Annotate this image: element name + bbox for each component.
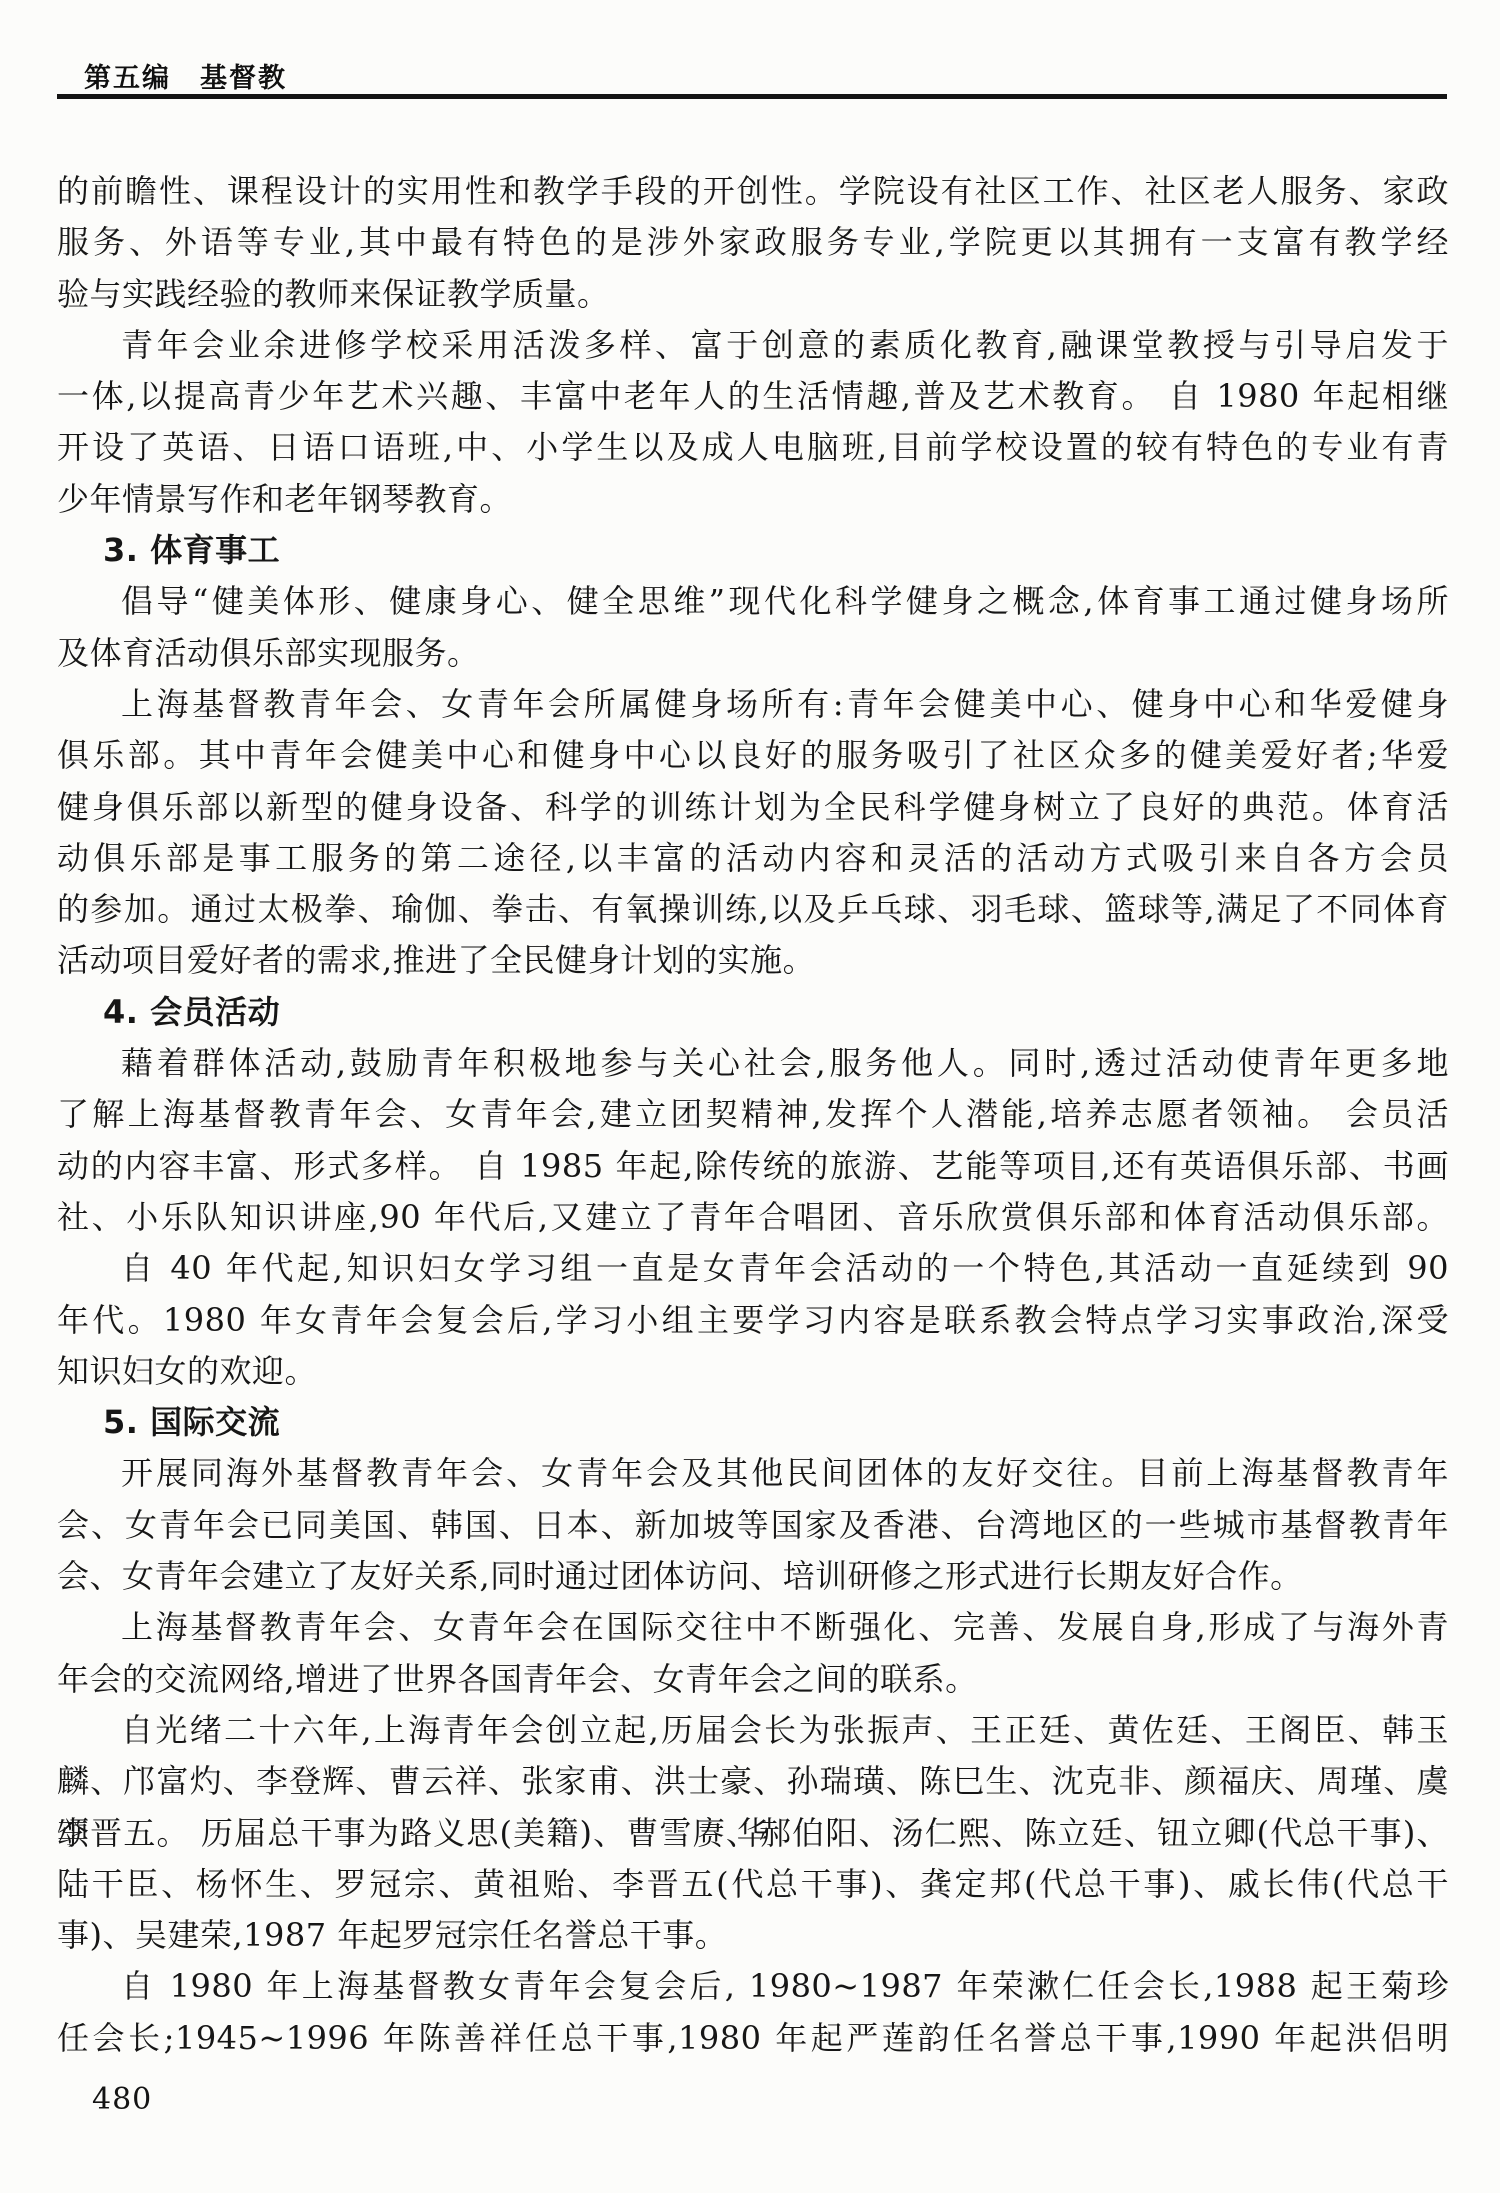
text-line: 活动项目爱好者的需求,推进了全民健身计划的实施。 <box>57 935 1449 986</box>
page-number: 480 <box>92 2082 152 2117</box>
header-rule <box>57 94 1447 99</box>
text-line: 藉着群体活动,鼓励青年积极地参与关心社会,服务他人。同时,透过活动使青年更多地 <box>57 1038 1449 1089</box>
scanned-document-page: 第五编 基督教 的前瞻性、课程设计的实用性和教学手段的开创性。学院设有社区工作、… <box>0 0 1500 2193</box>
text-line: 的前瞻性、课程设计的实用性和教学手段的开创性。学院设有社区工作、社区老人服务、家… <box>57 166 1449 217</box>
running-header: 第五编 基督教 <box>84 56 287 95</box>
text-line: 自光绪二十六年,上海青年会创立起,历届会长为张振声、王正廷、黄佐廷、王阁臣、韩玉 <box>57 1705 1449 1756</box>
text-line: 俱乐部。其中青年会健美中心和健身中心以良好的服务吸引了社区众多的健美爱好者;华爱 <box>57 730 1449 781</box>
text-line: 自 40 年代起,知识妇女学习组一直是女青年会活动的一个特色,其活动一直延续到 … <box>57 1243 1449 1294</box>
text-line: 动的内容丰富、形式多样。 自 1985 年起,除传统的旅游、艺能等项目,还有英语… <box>57 1141 1449 1192</box>
text-line: 会、女青年会建立了友好关系,同时通过团体访问、培训研修之形式进行长期友好合作。 <box>57 1551 1449 1602</box>
text-line: 青年会业余进修学校采用活泼多样、富于创意的素质化教育,融课堂教授与引导启发于 <box>57 320 1449 371</box>
text-line: 上海基督教青年会、女青年会所属健身场所有:青年会健美中心、健身中心和华爱健身 <box>57 679 1449 730</box>
text-line: 陆干臣、杨怀生、罗冠宗、黄祖贻、李晋五(代总干事)、龚定邦(代总干事)、戚长伟(… <box>57 1859 1449 1910</box>
text-line: 少年情景写作和老年钢琴教育。 <box>57 474 1449 525</box>
text-line: 倡导“健美体形、健康身心、健全思维”现代化科学健身之概念,体育事工通过健身场所 <box>57 576 1449 627</box>
text-line: 服务、外语等专业,其中最有特色的是涉外家政服务专业,学院更以其拥有一支富有教学经 <box>57 217 1449 268</box>
section-heading: 3. 体育事工 <box>57 525 1449 576</box>
text-line: 社、小乐队知识讲座,90 年代后,又建立了青年合唱团、音乐欣赏俱乐部和体育活动俱… <box>57 1192 1449 1243</box>
text-line: 自 1980 年上海基督教女青年会复会后, 1980~1987 年荣漱仁任会长,… <box>57 1961 1449 2012</box>
text-line: 开展同海外基督教青年会、女青年会及其他民间团体的友好交往。目前上海基督教青年 <box>57 1448 1449 1499</box>
text-line: 及体育活动俱乐部实现服务。 <box>57 628 1449 679</box>
text-line: 麟、邝富灼、李登辉、曹云祥、张家甫、洪士豪、孙瑞璜、陈巳生、沈克非、颜福庆、周瑾… <box>57 1756 1449 1807</box>
text-line: 知识妇女的欢迎。 <box>57 1346 1449 1397</box>
text-line: 会、女青年会已同美国、韩国、日本、新加坡等国家及香港、台湾地区的一些城市基督教青… <box>57 1500 1449 1551</box>
text-line: 李晋五。 历届总干事为路义思(美籍)、曹雪赓、郝伯阳、汤仁熙、陈立廷、钮立卿(代… <box>57 1808 1449 1859</box>
text-line: 健身俱乐部以新型的健身设备、科学的训练计划为全民科学健身树立了良好的典范。体育活 <box>57 782 1449 833</box>
text-line: 动俱乐部是事工服务的第二途径,以丰富的活动内容和灵活的活动方式吸引来自各方会员 <box>57 833 1449 884</box>
text-line: 开设了英语、日语口语班,中、小学生以及成人电脑班,目前学校设置的较有特色的专业有… <box>57 422 1449 473</box>
text-line: 年代。1980 年女青年会复会后,学习小组主要学习内容是联系教会特点学习实事政治… <box>57 1295 1449 1346</box>
body-text: 的前瞻性、课程设计的实用性和教学手段的开创性。学院设有社区工作、社区老人服务、家… <box>57 166 1449 2064</box>
section-heading: 5. 国际交流 <box>57 1397 1449 1448</box>
text-line: 一体,以提高青少年艺术兴趣、丰富中老年人的生活情趣,普及艺术教育。 自 1980… <box>57 371 1449 422</box>
text-line: 事)、吴建荣,1987 年起罗冠宗任名誉总干事。 <box>57 1910 1449 1961</box>
text-line: 任会长;1945~1996 年陈善祥任总干事,1980 年起严莲韵任名誉总干事,… <box>57 2013 1449 2064</box>
text-line: 了解上海基督教青年会、女青年会,建立团契精神,发挥个人潜能,培养志愿者领袖。 会… <box>57 1089 1449 1140</box>
text-line: 的参加。通过太极拳、瑜伽、拳击、有氧操训练,以及乒乓球、羽毛球、篮球等,满足了不… <box>57 884 1449 935</box>
text-line: 上海基督教青年会、女青年会在国际交往中不断强化、完善、发展自身,形成了与海外青 <box>57 1602 1449 1653</box>
text-line: 年会的交流网络,增进了世界各国青年会、女青年会之间的联系。 <box>57 1654 1449 1705</box>
section-heading: 4. 会员活动 <box>57 987 1449 1038</box>
text-line: 验与实践经验的教师来保证教学质量。 <box>57 269 1449 320</box>
